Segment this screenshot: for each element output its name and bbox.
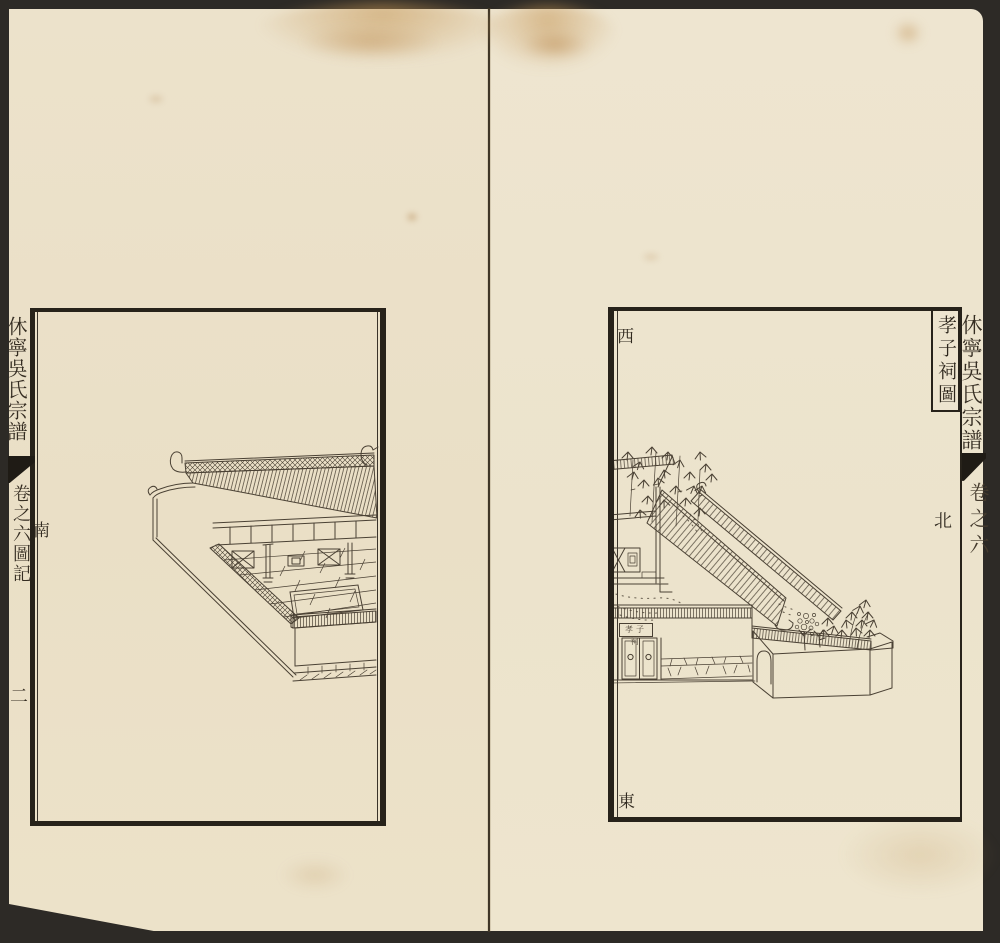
right-spine-title: 休寧吳氏宗譜 — [962, 314, 986, 452]
hall-roof — [148, 446, 378, 518]
left-spine-title: 休寧吳氏宗譜 — [6, 316, 30, 442]
book-photograph: 休寧吳氏宗譜 卷之六圖記 二 南 — [0, 0, 1000, 943]
right-spine-volume: 卷之六 — [963, 482, 992, 560]
page-seam — [487, 8, 491, 932]
shrine-door-plaque: 孝子祠 — [619, 623, 653, 637]
left-page-number: 二 — [10, 682, 28, 708]
courtyard-wall — [291, 609, 376, 681]
left-spine-volume: 卷之六圖記 — [8, 484, 34, 584]
ancestral-hall-illustration — [36, 312, 380, 822]
arched-gate-wall — [752, 626, 893, 698]
filial-son-shrine-illustration — [614, 311, 960, 820]
